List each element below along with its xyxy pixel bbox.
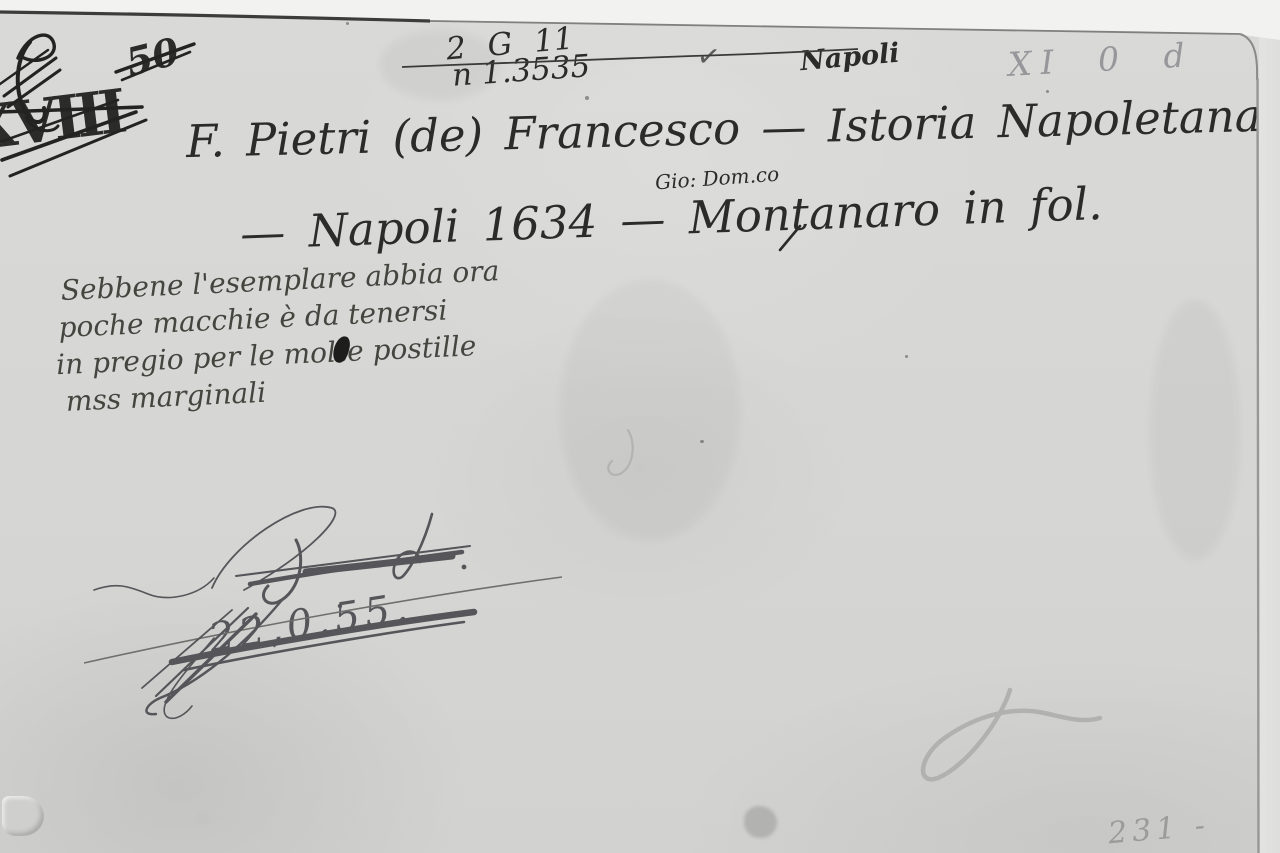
title-line: F. Pietri (de) Francesco — Istoria Napol… xyxy=(186,89,1263,168)
check-mark: ✓ xyxy=(695,39,723,75)
pencil-shelfmark: XI 0 d xyxy=(1007,35,1194,84)
ink-speck xyxy=(1046,90,1049,93)
top-edge-strip xyxy=(0,0,1280,40)
paper-stain xyxy=(1150,300,1240,560)
punch-hole xyxy=(744,806,777,838)
punch-hole-small xyxy=(196,812,211,825)
crossed-out-figure: 22,0.55. xyxy=(206,584,416,662)
ink-speck xyxy=(585,96,589,100)
catalog-card: 50 XVIII 2 G 11 n 1.3535 ✓ Napoli XI 0 d… xyxy=(0,0,1280,853)
emboss-mark xyxy=(2,796,44,836)
city-annotation: Napoli xyxy=(799,38,901,78)
crossed-roman-numeral: XVIII xyxy=(0,77,126,165)
ink-speck xyxy=(700,440,704,443)
pencil-squiggle xyxy=(923,690,1100,779)
ink-speck xyxy=(346,22,349,25)
crossed-out-scribble-upper xyxy=(94,507,470,609)
ink-speck xyxy=(905,355,908,358)
page-number: 231 - xyxy=(1107,808,1212,852)
condition-note: Sebbene l'esemplare abbia ora poche macc… xyxy=(60,252,505,420)
top-edge-line-left xyxy=(0,12,430,21)
paper-stain xyxy=(560,280,740,540)
crossed-number: 50 xyxy=(121,28,183,84)
top-right-corner-curl xyxy=(1240,34,1257,80)
